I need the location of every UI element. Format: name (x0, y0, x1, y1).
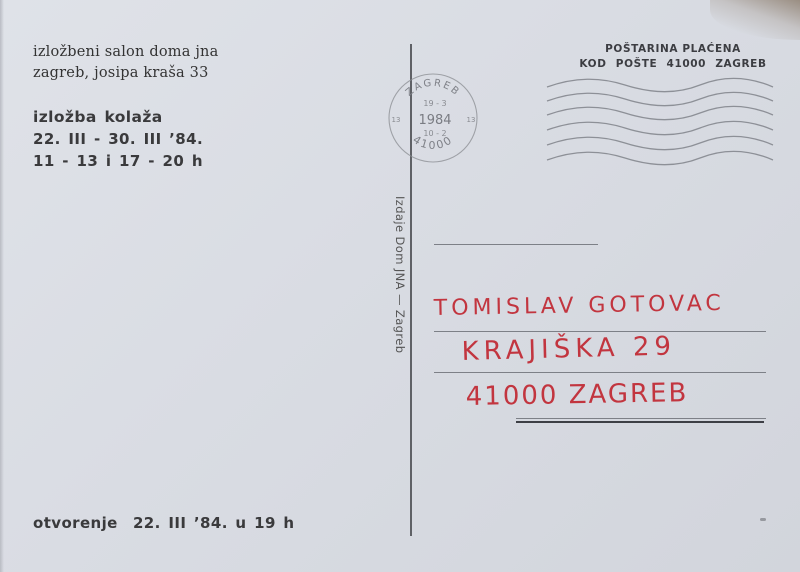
postage-paid-block: POŠTARINA PLAĆENA KOD POŠTE 41000 ZAGREB (568, 42, 778, 72)
venue-line: izložbeni salon doma jna (33, 41, 218, 63)
cancellation-waves (545, 75, 775, 170)
exhibition-dates: 22. III - 30. III ’84. (33, 128, 203, 150)
address-line-4 (516, 418, 766, 419)
address-line-1 (434, 244, 598, 245)
exhibition-hours: 11 - 13 i 17 - 20 h (33, 150, 203, 172)
venue-address: zagreb, josipa kraša 33 (33, 62, 209, 84)
card-left-edge (0, 0, 4, 572)
exhibition-title: izložba kolaža (33, 106, 163, 128)
postage-paid-line2: KOD POŠTE 41000 ZAGREB (568, 57, 778, 72)
postmark-time: 10 - 2 (423, 129, 446, 138)
recipient-name: TOMISLAV GOTOVAC (434, 291, 725, 321)
svg-text:ZAGREB: ZAGREB (404, 78, 462, 99)
postmark-side-mark-left: 13 (392, 116, 401, 124)
postage-paid-line1: POŠTARINA PLAĆENA (568, 42, 778, 57)
ink-smudge (760, 518, 766, 521)
address-line-3 (434, 372, 766, 373)
recipient-street: KRAJIŠKA 29 (461, 331, 676, 367)
postcard: izložbeni salon doma jna zagreb, josipa … (0, 0, 800, 572)
postmark-year: 1984 (418, 113, 451, 128)
recipient-city: 41000 ZAGREB (465, 378, 688, 412)
opening-line: otvorenje 22. III ’84. u 19 h (33, 512, 295, 534)
card-corner-shadow (710, 0, 800, 40)
address-line-2 (434, 331, 766, 332)
postmark-day-month: 19 - 3 (423, 99, 446, 108)
postmark-side-mark-right: 13 (467, 116, 476, 124)
address-underline (516, 421, 764, 423)
postmark-stamp: ZAGREB 41000 19 - 3 1984 10 - 2 13 13 (383, 68, 483, 168)
publisher-credit: Izdaje Dom JNA — Zagreb (393, 196, 407, 353)
postmark-city: ZAGREB (404, 78, 462, 99)
